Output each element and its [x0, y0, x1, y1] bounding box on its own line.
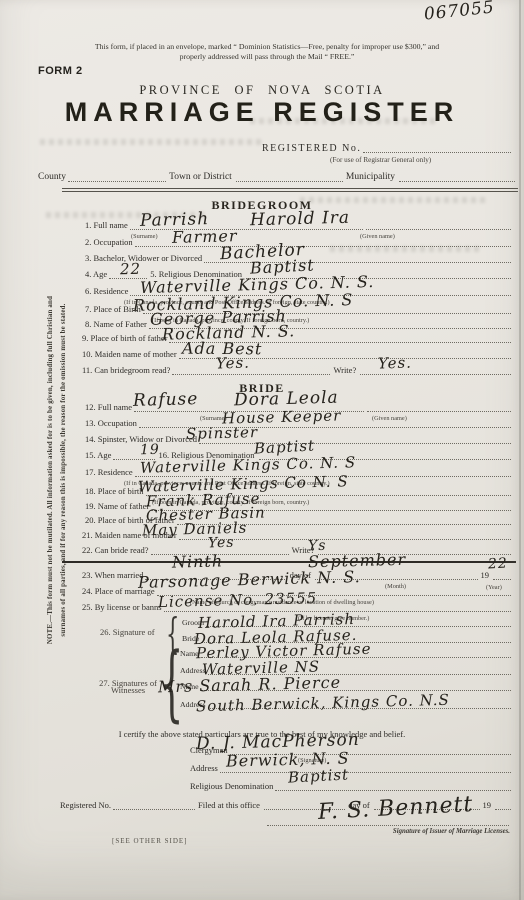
can-read-label: 11. Can bridegroom read?	[82, 365, 170, 376]
dotted-leader	[236, 181, 343, 182]
page-title: MARRIAGE REGISTER	[0, 97, 524, 128]
dotted-leader	[68, 181, 166, 182]
municipality-label: Municipality	[344, 172, 397, 183]
year-prefix-label: 19	[481, 800, 494, 811]
handwriting-marriage-year: 22	[488, 556, 509, 571]
clergyman-denomination-label: Religious Denomination	[190, 781, 273, 792]
dotted-leader	[495, 809, 511, 810]
residence-label: 17. Residence	[85, 467, 133, 478]
birthplace-label: 18. Place of birth	[85, 486, 144, 497]
dotted-leader	[113, 809, 195, 810]
double-rule-bottom	[62, 191, 518, 192]
father-name-label: 8. Name of Father	[85, 319, 147, 330]
registered-no-label: REGISTERED No.	[262, 143, 361, 154]
dotted-leader	[367, 411, 511, 412]
clergyman-address-label: Address	[190, 763, 218, 774]
town-district-label: Town or District	[167, 172, 234, 183]
dotted-leader	[363, 152, 511, 153]
handwriting-license-number: License No. 23555	[158, 591, 318, 610]
handwriting-clergyman-denomination: Baptist	[288, 767, 350, 785]
province-heading: PROVINCE OF NOVA SCOTIA	[0, 83, 524, 98]
full-name-label: 12. Full name	[85, 402, 132, 413]
field-10-mother: 10. Maiden name of mother	[82, 348, 512, 360]
margin-note-line1: NOTE.—This form must not be mutilated. A…	[44, 196, 57, 744]
mailing-notice: This form, if placed in an envelope, mar…	[62, 42, 472, 62]
bleedthrough-smudge	[40, 139, 265, 145]
signature-of-label: 26. Signature of	[100, 629, 155, 636]
marriage-register-scan: 067055 This form, if placed in an envelo…	[0, 0, 524, 900]
margin-note: NOTE.—This form must not be mutilated. A…	[44, 196, 70, 744]
handwriting-bride-age: 19	[140, 443, 160, 458]
county-label: County	[38, 172, 66, 183]
registered-no-label: Registered No.	[60, 800, 111, 811]
handwriting-bride-status: Spinster	[186, 425, 258, 442]
margin-note-line2: surnames of all parties, and if for any …	[57, 196, 70, 744]
handwritten-serial-number: 067055	[423, 0, 495, 24]
occupation-label: 13. Occupation	[85, 418, 137, 429]
license-banns-label: 25. By license or banns	[82, 602, 162, 613]
can-write-label: Write?	[331, 365, 358, 376]
double-rule-top	[62, 188, 518, 189]
see-other-side-note: [SEE OTHER SIDE]	[112, 837, 188, 845]
residence-label: 6. Residence	[85, 286, 128, 297]
dotted-leader	[220, 772, 511, 773]
handwriting-bride-read: Yes	[208, 536, 235, 551]
when-married-label: 23. When married	[82, 570, 143, 581]
handwriting-marriage-day: Ninth	[172, 553, 224, 570]
father-name-label: 19. Name of father	[85, 501, 149, 512]
age-label: 4. Age	[85, 269, 107, 280]
issuer-signature-label: Signature of Issuer of Marriage Licenses…	[393, 828, 510, 835]
dotted-leader	[172, 374, 330, 375]
field-9-father-birthplace: 9. Place of birth of father	[82, 332, 512, 344]
dotted-leader	[275, 790, 511, 791]
witnesses-label-line2: Witnesses	[92, 687, 164, 694]
dotted-leader	[199, 443, 511, 444]
handwriting-groom-read: Yes.	[216, 356, 250, 372]
handwriting-witness2-address: South Berwick, Kings Co. N.S	[196, 693, 450, 715]
handwriting-witness2-name: Mrs Sarah R. Pierce	[158, 675, 341, 696]
section-divider-rule	[62, 561, 516, 563]
dotted-leader	[366, 229, 511, 230]
full-name-label: 1. Full name	[85, 220, 128, 231]
handwriting-groom-given-name: Harold Ira	[250, 210, 350, 230]
handwriting-groom-age: 22	[120, 262, 141, 278]
page-edge-shadow	[519, 0, 521, 900]
occupation-label: 2. Occupation	[85, 237, 133, 248]
field-22-read-write: 22. Can bride read? Write?	[82, 544, 512, 556]
age-label: 15. Age	[85, 450, 111, 461]
witnesses-label: 27. Signatures of Witnesses	[92, 680, 164, 694]
handwriting-groom-write: Yes.	[378, 356, 412, 372]
dotted-leader	[493, 579, 511, 580]
father-birthplace-label: 9. Place of birth of father	[82, 333, 167, 344]
dotted-leader	[360, 374, 511, 375]
can-read-label: 22. Can bride read?	[82, 545, 149, 556]
form-number: FORM 2	[38, 65, 83, 77]
dotted-leader	[267, 825, 509, 826]
field-11-read-write: 11. Can bridegroom read? Write?	[82, 364, 512, 376]
filed-label: Filed at this office	[196, 800, 262, 811]
handwriting-bride-surname: Rafuse	[133, 391, 199, 410]
status-label: 3. Bachelor, Widower or Divorced	[85, 253, 202, 264]
registered-no-row: REGISTERED No.	[262, 142, 512, 154]
mailing-notice-line2: properly addressed will pass through the…	[62, 52, 472, 62]
county-row: County Town or District Municipality	[38, 171, 516, 183]
dotted-leader	[399, 181, 515, 182]
clergyman-denomination-row: Religious Denomination	[190, 780, 512, 792]
mother-name-label: 10. Maiden name of mother	[82, 349, 177, 360]
registrar-general-note: (For use of Registrar General only)	[330, 157, 431, 164]
mailing-notice-line1: This form, if placed in an envelope, mar…	[62, 42, 472, 52]
